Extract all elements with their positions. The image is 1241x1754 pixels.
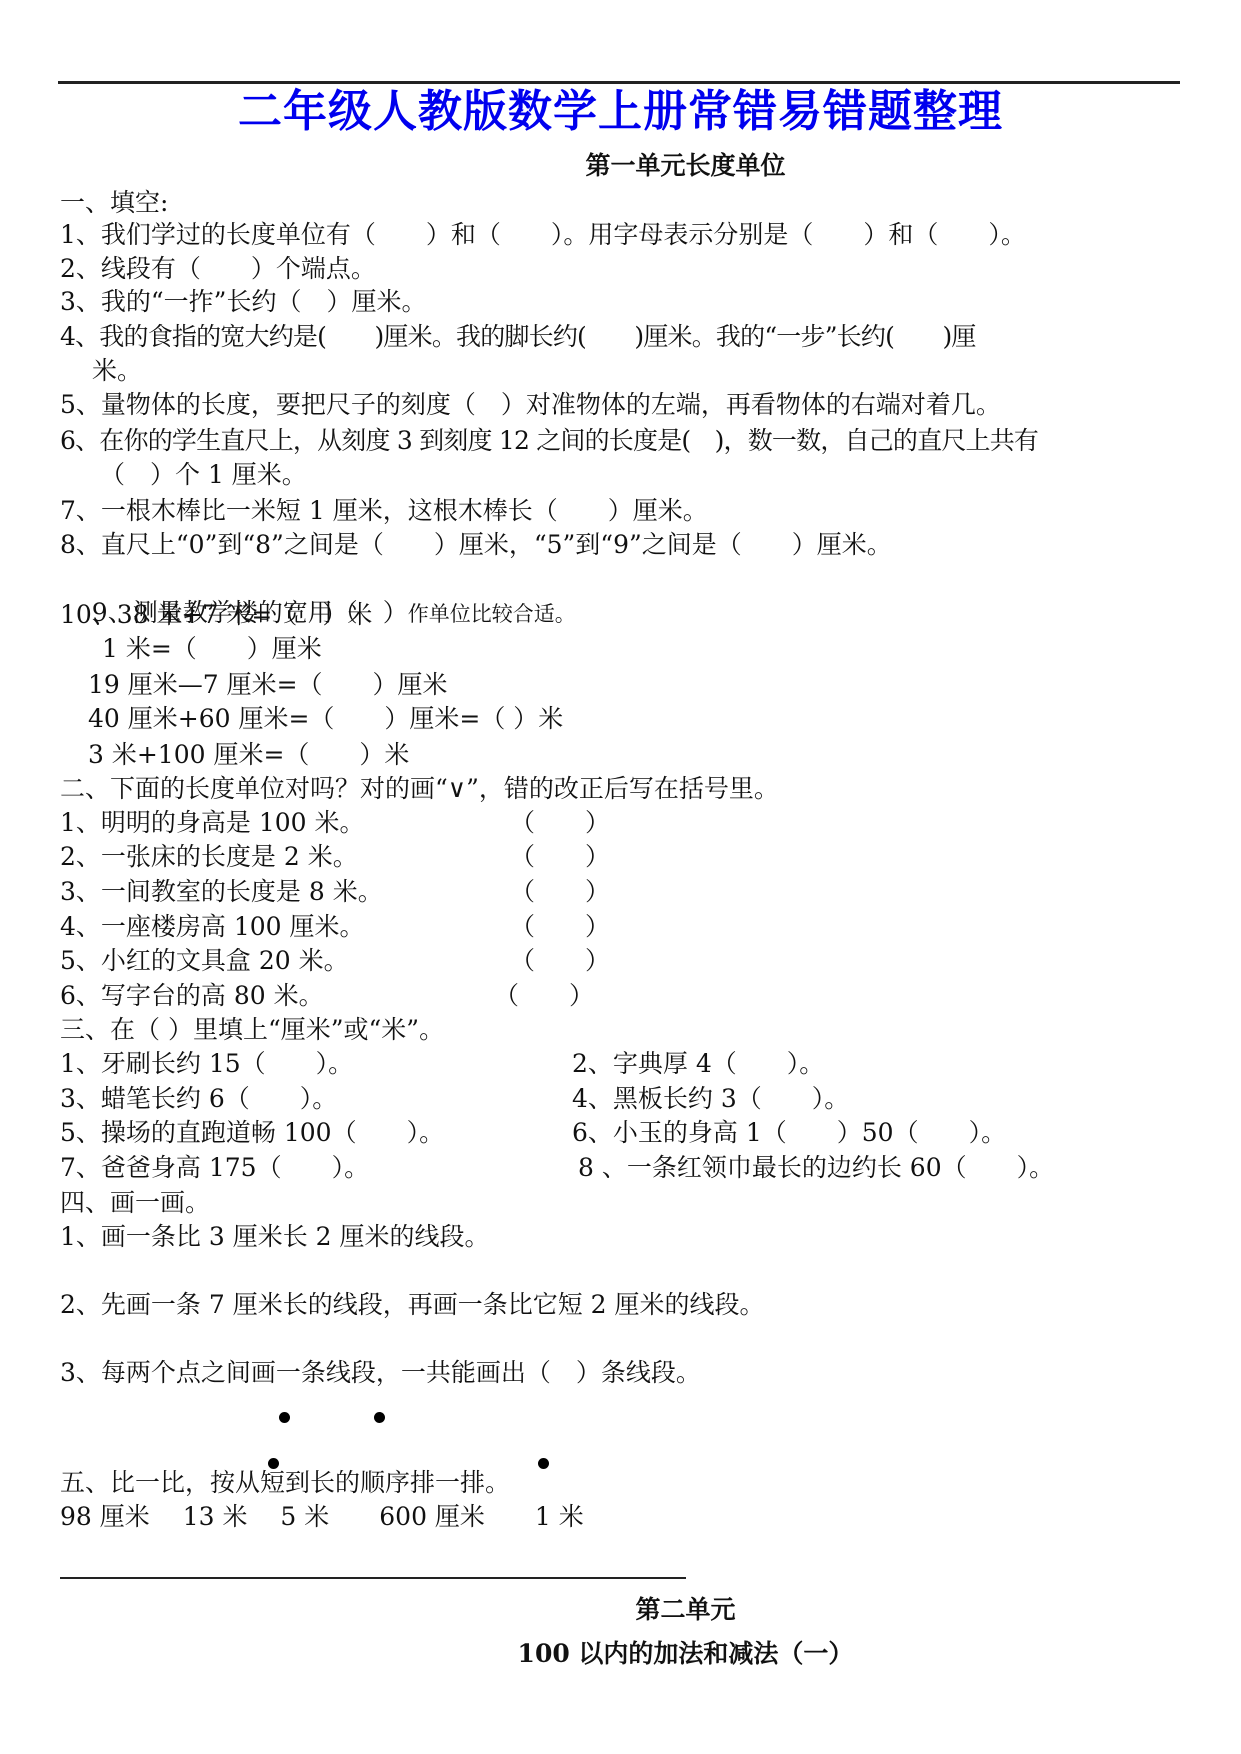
s4-item-3: 3、每两个点之间画一条线段，一共能画出（ ）条线段。 [60,1356,701,1390]
s2-item-5: 5、小红的文具盒 20 米。 [60,944,349,978]
s3-row-2-right: 4、黑板长约 3（ ）。 [572,1082,849,1116]
unit2-heading: 第二单元 [0,1590,1241,1626]
s2-item-3: 3、一间教室的长度是 8 米。 [60,875,383,909]
s1-item-5: 5、量物体的长度，要把尺子的刻度（ ）对准物体的左端，再看物体的右端对着几。 [60,388,1001,422]
s3-row-2-left: 3、蜡笔长约 6（ ）。 [60,1082,337,1116]
section4-heading: 四、画一画。 [60,1186,210,1220]
s3-row-1-right: 2、字典厚 4（ ）。 [572,1047,824,1081]
unit2-subheading: 100 以内的加法和减法（一） [0,1634,1241,1670]
s2-item-3-blank: （ ） [510,875,610,909]
s2-item-4-blank: （ ） [510,910,610,944]
section1-heading: 一、填空: [60,186,168,220]
s2-item-1-blank: （ ） [510,806,610,840]
section-divider [60,1577,686,1579]
s2-item-4: 4、一座楼房高 100 厘米。 [60,910,365,944]
s1-item-10-d: 40 厘米+60 厘米=（ ）厘米=（ ）米 [88,702,563,736]
s2-item-1: 1、明明的身高是 100 米。 [60,806,365,840]
s3-row-1-left: 1、牙刷长约 15（ ）。 [60,1047,353,1081]
s1-item-10: 10、38 米+7 米=（ ）米 [60,598,372,632]
s3-row-4-right: 8 、一条红领巾最长的边约长 60（ ）。 [578,1151,1054,1185]
s1-item-3: 3、我的“一拃”长约（ ）厘米。 [60,285,426,319]
point-dot [279,1412,290,1423]
s1-item-10-c: 19 厘米—7 厘米=（ ）厘米 [88,668,448,702]
s4-item-2: 2、先画一条 7 厘米长的线段，再画一条比它短 2 厘米的线段。 [60,1288,765,1322]
s2-item-6-blank: （ ） [494,979,594,1013]
s2-item-2-blank: （ ） [510,840,610,874]
section2-heading: 二、下面的长度单位对吗？对的画“∨”，错的改正后写在括号里。 [60,772,779,806]
unit1-heading: 第一单元长度单位 [0,146,1241,182]
s1-item-6: 6、在你的学生直尺上，从刻度 3 到刻度 12 之间的长度是( )，数一数，自己… [60,424,1038,458]
s3-row-3-right: 6、小玉的身高 1（ ）50（ ）。 [572,1116,1006,1150]
s1-item-7: 7、一根木棒比一米短 1 厘米，这根木棒长（ ）厘米。 [60,494,708,528]
s1-item-8: 8、直尺上“0”到“8”之间是（ ）厘米，“5”到“9”之间是（ ）厘米。 [60,528,892,562]
s1-item-1: 1、我们学过的长度单位有（ ）和（ ）。用字母表示分别是（ ）和（ ）。 [60,218,1026,252]
s1-item-9-small: 作单位比较合适。 [408,602,576,626]
point-dot [374,1412,385,1423]
s1-item-4-cont: 米。 [92,354,142,388]
s4-item-1: 1、画一条比 3 厘米长 2 厘米的线段。 [60,1220,490,1254]
s1-item-10-e: 3 米+100 厘米=（ ）米 [88,738,409,772]
document-title: 二年级人教版数学上册常错易错题整理 [0,84,1241,140]
section3-heading: 三、在（ ）里填上“厘米”或“米”。 [60,1013,444,1047]
point-dot [538,1458,549,1469]
s2-item-2: 2、一张床的长度是 2 米。 [60,840,358,874]
s3-row-3-left: 5、操场的直跑道畅 100（ ）。 [60,1116,444,1150]
s2-item-6: 6、写字台的高 80 米。 [60,979,324,1013]
s1-item-4: 4、我的食指的宽大约是( )厘米。我的脚长约( )厘米。我的“一步”长约( )厘 [60,320,976,354]
section5-heading: 五、比一比，按从短到长的顺序排一排。 [60,1466,510,1500]
s1-item-6-cont: （ ）个 1 厘米。 [100,458,307,492]
s3-row-4-left: 7、爸爸身高 175（ ）。 [60,1151,369,1185]
s5-values: 98 厘米 13 米 5 米 600 厘米 1 米 [60,1500,584,1534]
s1-item-2: 2、线段有（ ）个端点。 [60,252,376,286]
s1-item-10-b: 1 米=（ ）厘米 [102,632,322,666]
s2-item-5-blank: （ ） [510,944,610,978]
